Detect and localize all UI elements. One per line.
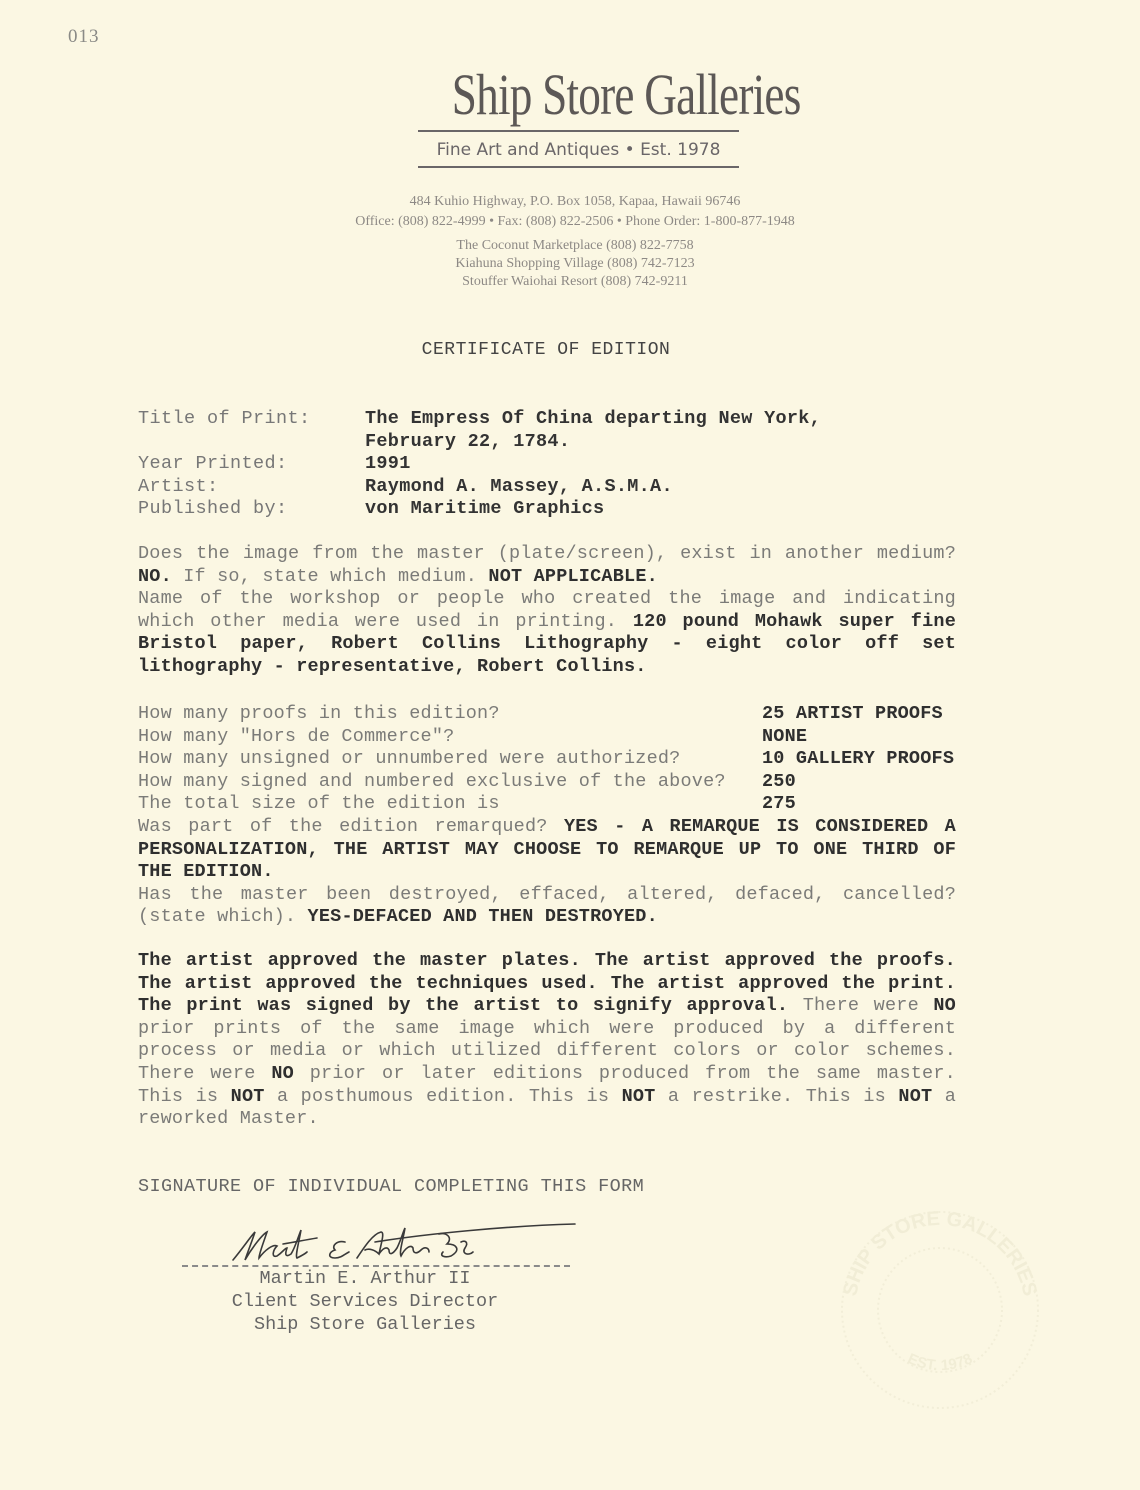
field-title: Title of Print: The Empress Of China dep… xyxy=(138,408,821,453)
locations-block: The Coconut Marketplace (808) 822-7758 K… xyxy=(0,237,1140,291)
edition-section: How many proofs in this edition?25 ARTIS… xyxy=(138,703,956,929)
address-line: 484 Kuhio Highway, P.O. Box 1058, Kapaa,… xyxy=(0,192,1140,212)
remarque-row: Was part of the edition remarqued? YES -… xyxy=(138,816,956,884)
letterhead-logo: Ship Store Galleries Fine Art and Antiqu… xyxy=(416,60,741,168)
field-artist: Artist: Raymond A. Massey, A.S.M.A. xyxy=(138,476,821,499)
logo-rule-bottom xyxy=(418,166,739,168)
embossed-seal: SHIP STORE GALLERIES EST. 1978 xyxy=(830,1200,1050,1410)
signer-company: Ship Store Galleries xyxy=(180,1313,550,1336)
edition-row: The total size of the edition is275 xyxy=(138,793,956,816)
signer-title: Client Services Director xyxy=(180,1290,550,1313)
location-line: Kiahuna Shopping Village (808) 742-7123 xyxy=(0,255,1140,273)
edition-row: How many proofs in this edition?25 ARTIS… xyxy=(138,703,956,726)
field-year: Year Printed: 1991 xyxy=(138,453,821,476)
signature-heading: SIGNATURE OF INDIVIDUAL COMPLETING THIS … xyxy=(138,1176,644,1197)
medium-section: Does the image from the master (plate/sc… xyxy=(138,543,956,679)
signer-block: Martin E. Arthur II Client Services Dire… xyxy=(180,1267,550,1336)
signer-name: Martin E. Arthur II xyxy=(180,1267,550,1290)
svg-text:SHIP STORE GALLERIES: SHIP STORE GALLERIES xyxy=(839,1208,1041,1298)
field-publisher: Published by: von Maritime Graphics xyxy=(138,498,821,521)
address-block: 484 Kuhio Highway, P.O. Box 1058, Kapaa,… xyxy=(0,192,1140,232)
gallery-name: Ship Store Galleries xyxy=(452,60,706,130)
master-row: Has the master been destroyed, effaced, … xyxy=(138,884,956,929)
contact-line: Office: (808) 822-4999 • Fax: (808) 822-… xyxy=(0,212,1140,232)
edition-row: How many unsigned or unnumbered were aut… xyxy=(138,748,956,771)
svg-text:EST. 1978: EST. 1978 xyxy=(905,1350,975,1374)
edition-row: How many "Hors de Commerce"?NONE xyxy=(138,726,956,749)
document-title: CERTIFICATE OF EDITION xyxy=(0,340,1092,360)
gallery-tagline: Fine Art and Antiques • Est. 1978 xyxy=(416,132,741,166)
handwritten-signature xyxy=(225,1218,585,1268)
page-number: 013 xyxy=(68,26,100,48)
edition-row: How many signed and numbered exclusive o… xyxy=(138,771,956,794)
approval-section: The artist approved the master plates. T… xyxy=(138,950,956,1131)
location-line: Stouffer Waiohai Resort (808) 742-9211 xyxy=(0,273,1140,291)
print-details: Title of Print: The Empress Of China dep… xyxy=(138,408,821,521)
location-line: The Coconut Marketplace (808) 822-7758 xyxy=(0,237,1140,255)
